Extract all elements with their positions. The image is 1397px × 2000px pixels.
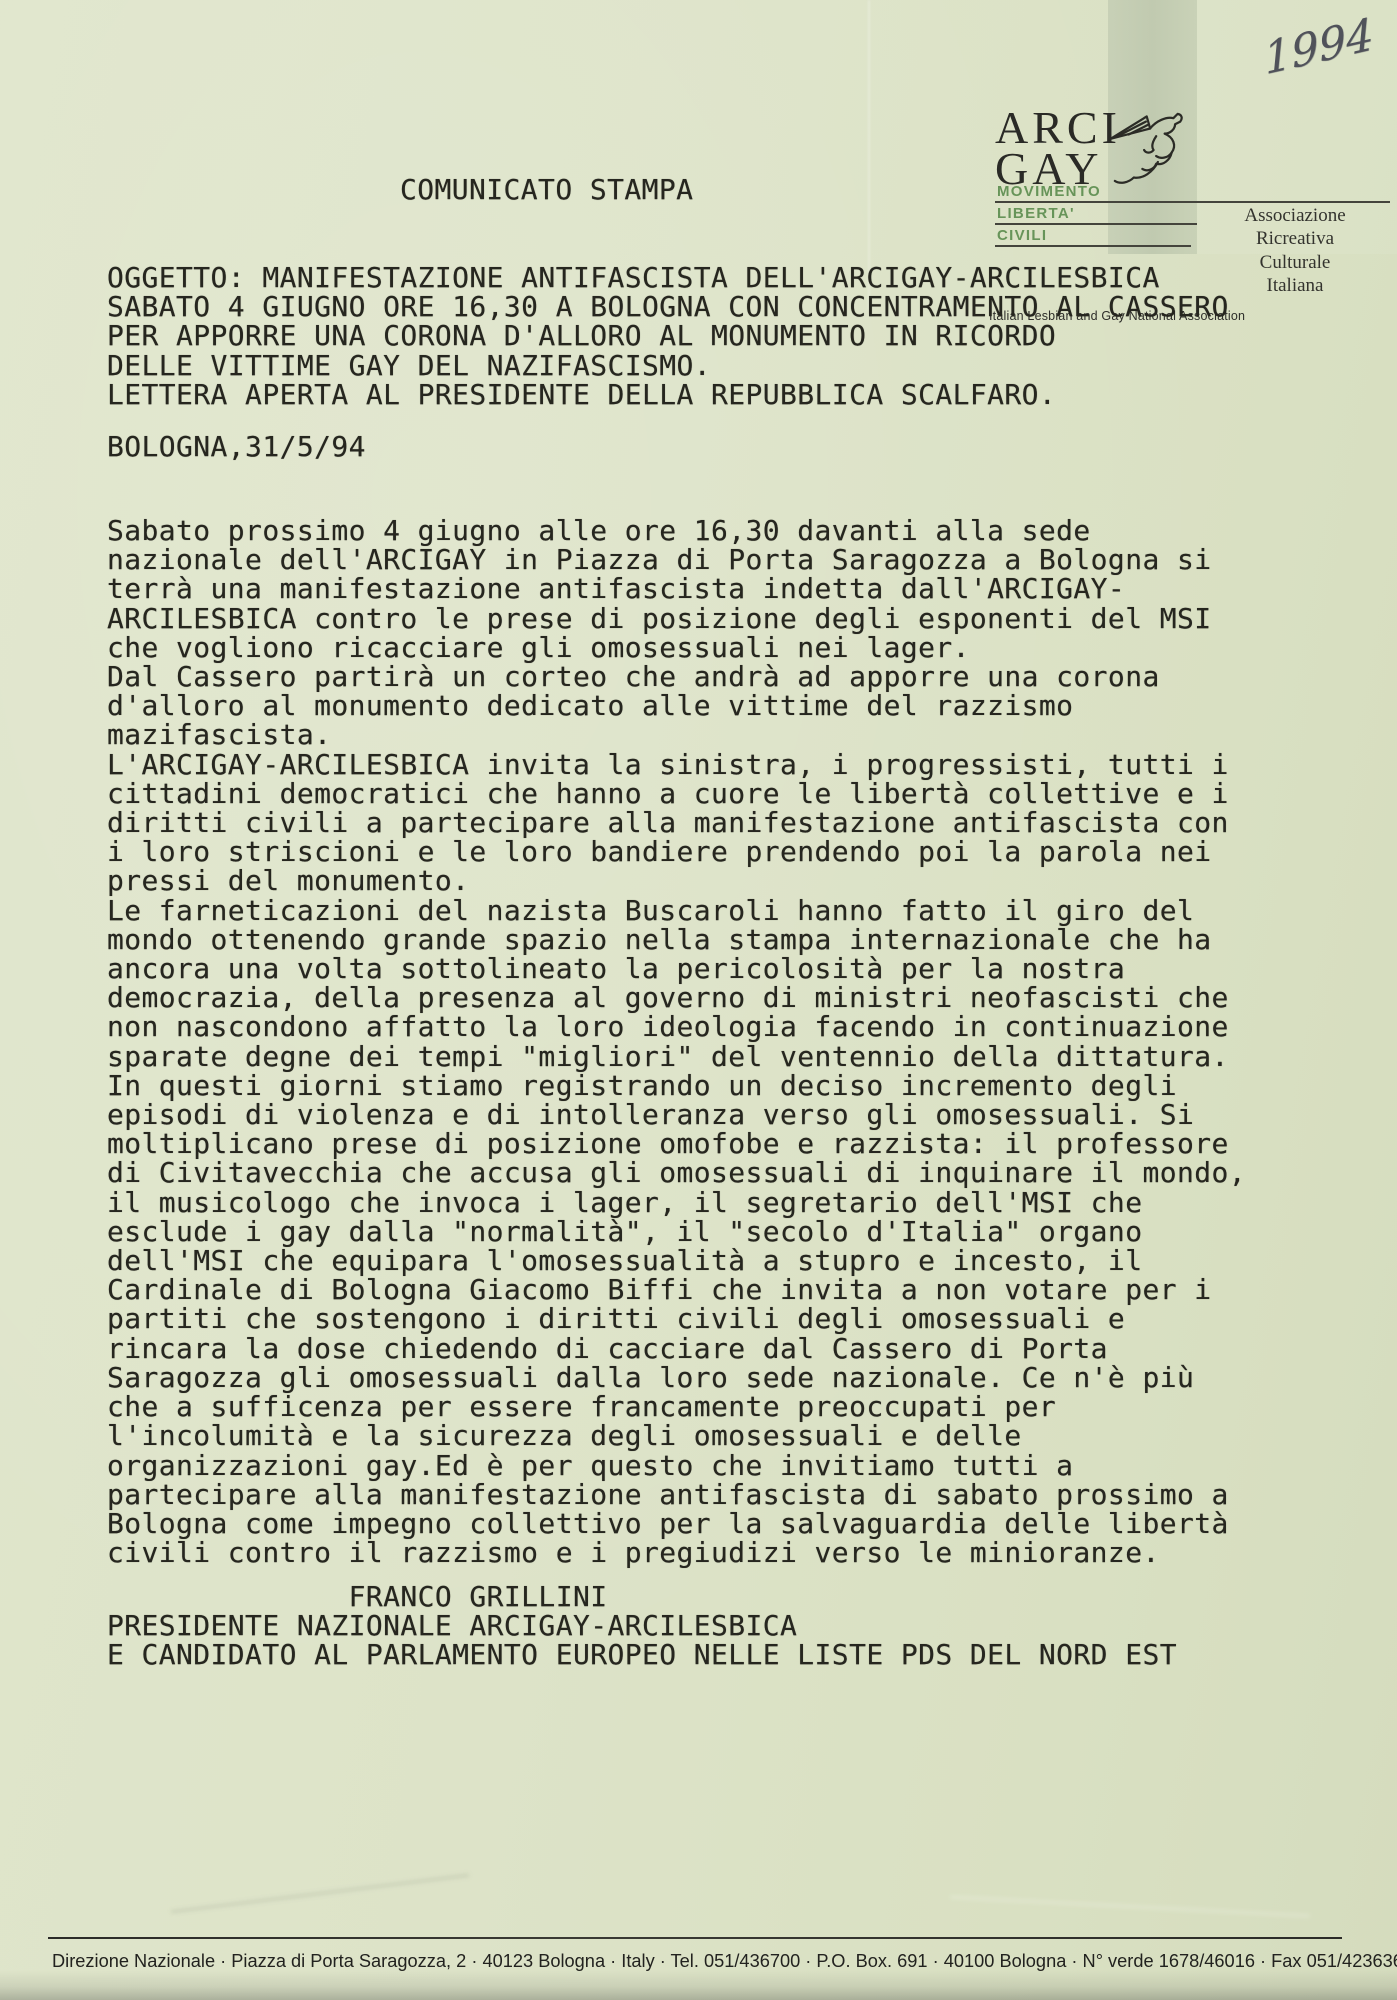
logo-wordmark-arci: ARCI bbox=[995, 108, 1121, 148]
paper-bottom-edge bbox=[0, 1970, 1397, 2000]
scanned-press-release-page: 1994 ARCI GAY MOVIMENTO LIBERTA' CIVILI bbox=[0, 0, 1397, 2000]
footer-rule bbox=[48, 1937, 1342, 1939]
date-line: BOLOGNA,31/5/94 bbox=[107, 432, 366, 461]
logo-rule-3 bbox=[995, 245, 1191, 247]
subject-block: OGGETTO: MANIFESTAZIONE ANTIFASCISTA DEL… bbox=[107, 263, 1229, 409]
paper-crease bbox=[171, 1874, 469, 1914]
logo-tagline-movimento: MOVIMENTO bbox=[997, 183, 1101, 200]
logo-rule-2 bbox=[995, 223, 1197, 225]
signature-block: FRANCO GRILLINI PRESIDENTE NAZIONALE ARC… bbox=[107, 1582, 1177, 1670]
footer-contact-line: Direzione Nazionale · Piazza di Porta Sa… bbox=[52, 1950, 1397, 1972]
press-release-label: COMUNICATO STAMPA bbox=[400, 175, 693, 204]
logo-tagline-liberta: LIBERTA' bbox=[997, 205, 1075, 222]
body-text: Sabato prossimo 4 giugno alle ore 16,30 … bbox=[107, 516, 1246, 1567]
logo-rule-1 bbox=[995, 201, 1390, 203]
logo-tagline-civili: CIVILI bbox=[997, 227, 1047, 244]
paper-crease-highlight bbox=[950, 1896, 1310, 1918]
pegasus-icon bbox=[1108, 110, 1194, 190]
